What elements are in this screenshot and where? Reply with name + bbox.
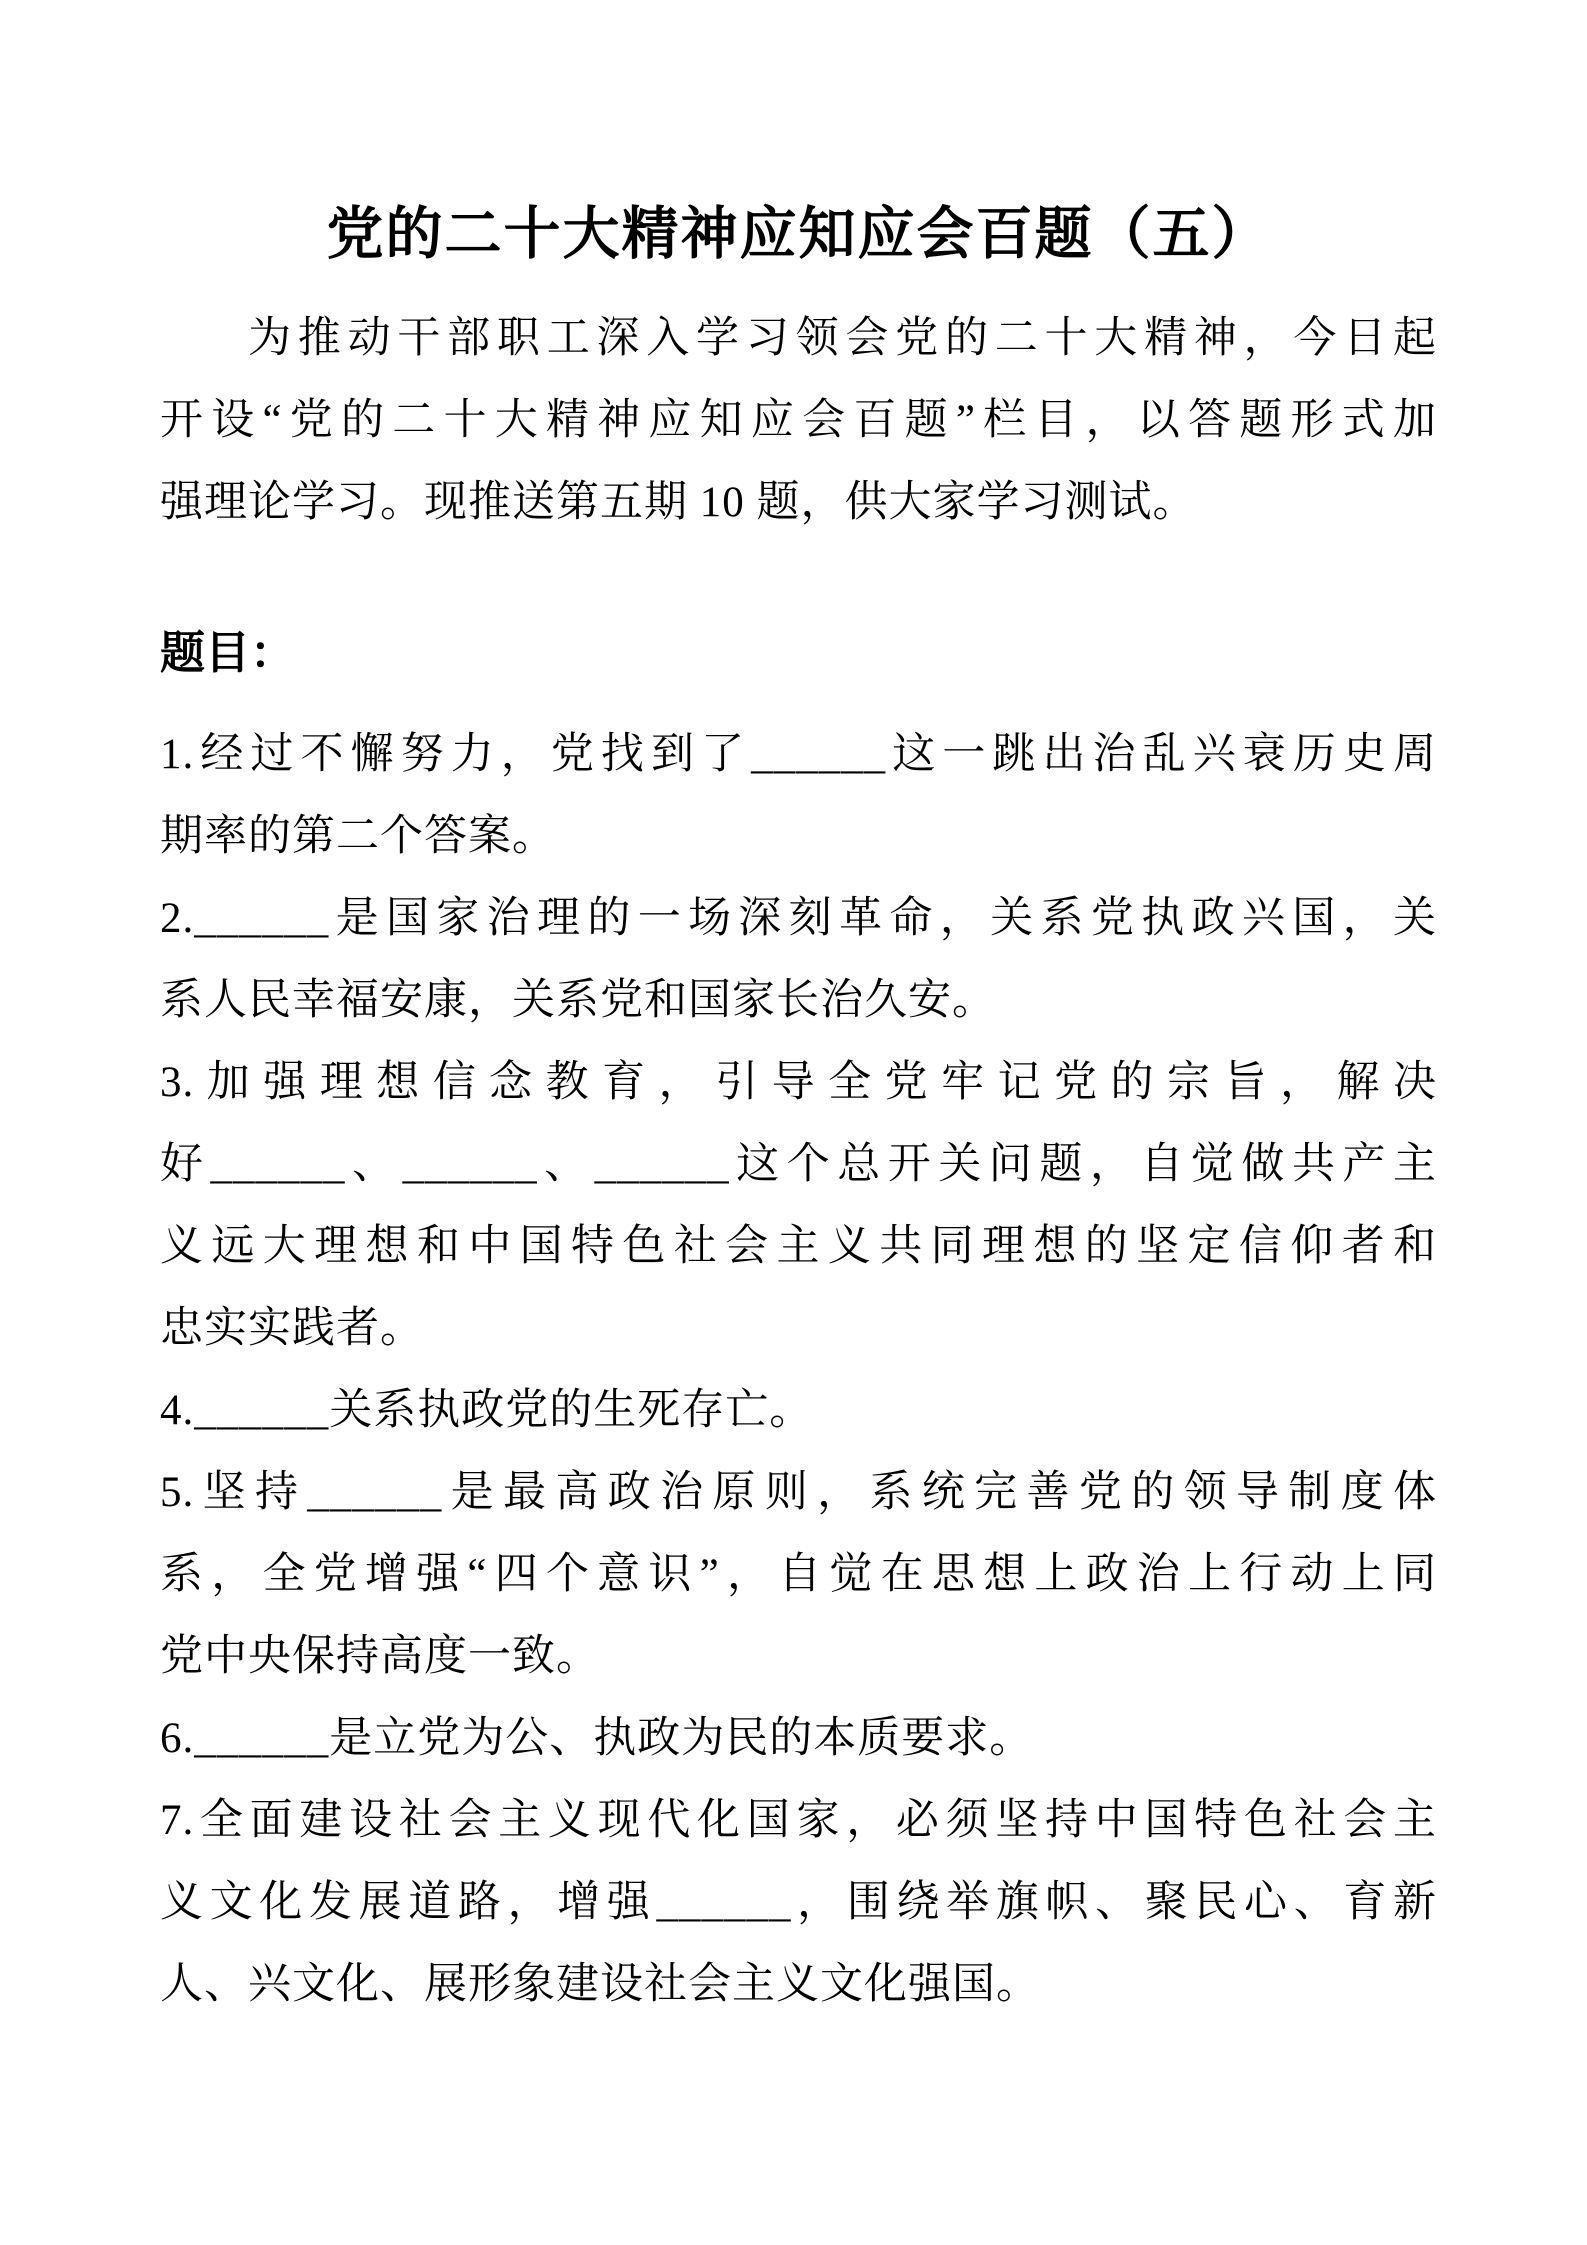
question-line-q7: 义文化发展道路，增强______，围绕举旗帜、聚民心、育新 (160, 1862, 1437, 1944)
intro-line: 开设“党的二十大精神应知应会百题”栏目，以答题形式加 (160, 380, 1437, 462)
question-line-q3: 好______、______、______这个总开关问题，自觉做共产主 (160, 1124, 1437, 1206)
question-line-q5: 系，全党增强“四个意识”，自觉在思想上政治上行动上同 (160, 1534, 1437, 1616)
intro-line: 为推动干部职工深入学习领会党的二十大精神，今日起 (160, 298, 1437, 380)
question-line-q2: 系人民幸福安康，关系党和国家长治久安。 (160, 960, 1437, 1042)
question-line-q1: 1.经过不懈努力，党找到了______这一跳出治乱兴衰历史周 (160, 714, 1437, 796)
intro-paragraph: 为推动干部职工深入学习领会党的二十大精神，今日起 开设“党的二十大精神应知应会百… (160, 298, 1437, 544)
question-line-q5: 党中央保持高度一致。 (160, 1616, 1437, 1698)
intro-line: 强理论学习。现推送第五期 10 题，供大家学习测试。 (160, 462, 1437, 544)
questions-section-label: 题目： (160, 612, 1437, 694)
question-line-q6: 6.______是立党为公、执政为民的本质要求。 (160, 1698, 1437, 1780)
questions-list: 1.经过不懈努力，党找到了______这一跳出治乱兴衰历史周 期率的第二个答案。… (160, 714, 1437, 2026)
question-line-q3: 忠实实践者。 (160, 1288, 1437, 1370)
question-line-q3: 义远大理想和中国特色社会主义共同理想的坚定信仰者和 (160, 1206, 1437, 1288)
page-title: 党的二十大精神应知应会百题（五） (160, 190, 1437, 280)
question-line-q4: 4.______关系执政党的生死存亡。 (160, 1370, 1437, 1452)
question-line-q1: 期率的第二个答案。 (160, 796, 1437, 878)
question-line-q7: 人、兴文化、展形象建设社会主义文化强国。 (160, 1944, 1437, 2026)
question-line-q2: 2.______是国家治理的一场深刻革命，关系党执政兴国，关 (160, 878, 1437, 960)
question-line-q3: 3.加强理想信念教育，引导全党牢记党的宗旨，解决 (160, 1042, 1437, 1124)
question-line-q5: 5.坚持______是最高政治原则，系统完善党的领导制度体 (160, 1452, 1437, 1534)
document-page: 党的二十大精神应知应会百题（五） 为推动干部职工深入学习领会党的二十大精神，今日… (0, 0, 1587, 2245)
question-line-q7: 7.全面建设社会主义现代化国家，必须坚持中国特色社会主 (160, 1780, 1437, 1862)
